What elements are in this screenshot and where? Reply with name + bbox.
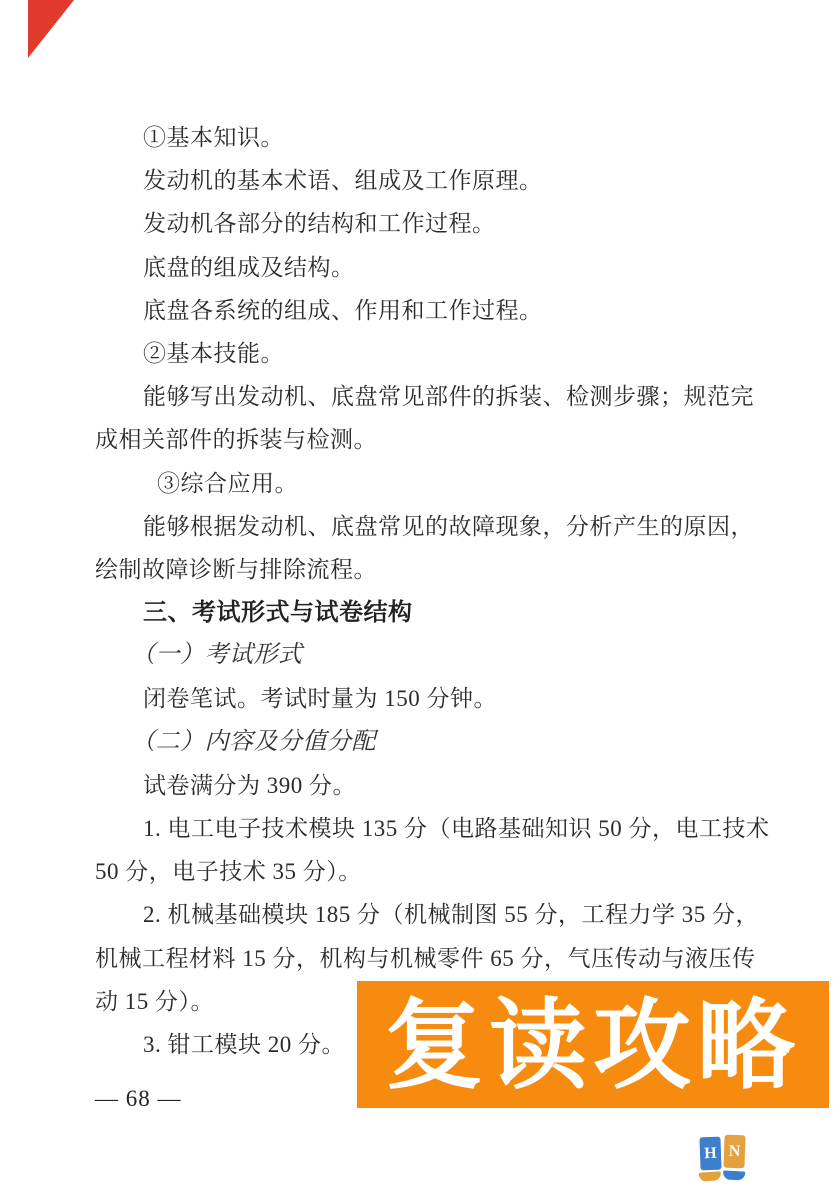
text-line: ②基本技能。 [95,332,745,375]
text-line: ③综合应用。 [95,462,745,505]
text-line: 发动机的基本术语、组成及工作原理。 [95,159,745,202]
text-line: 2. 机械基础模块 185 分（机械制图 55 分，工程力学 35 分， [95,893,745,936]
logo-swoosh-right [723,1170,745,1180]
sub-heading: （二）内容及分值分配 [95,721,745,764]
text-line: ①基本知识。 [95,116,745,159]
sub-heading: （一）考试形式 [95,634,745,677]
text-line: 底盘的组成及结构。 [95,246,745,289]
text-line: 50 分，电子技术 35 分）。 [95,850,745,893]
text-line: 机械工程材料 15 分，机构与机械零件 65 分，气压传动与液压传 [95,937,745,980]
text-line: 试卷满分为 390 分。 [95,764,745,807]
logo-letter-h: H [699,1137,721,1171]
page-number: — 68 — [95,1086,182,1112]
text-line: 1. 电工电子技术模块 135 分（电路基础知识 50 分，电工技术 [95,807,745,850]
text-line: 发动机各部分的结构和工作过程。 [95,202,745,245]
text-line: 绘制故障诊断与排除流程。 [95,548,745,591]
document-text-block: ①基本知识。 发动机的基本术语、组成及工作原理。 发动机各部分的结构和工作过程。… [95,116,745,1066]
text-line: 成相关部件的拆装与检测。 [95,418,745,461]
section-heading: 三、考试形式与试卷结构 [95,591,745,634]
logo-swoosh-left [699,1171,722,1182]
text-line: 底盘各系统的组成、作用和工作过程。 [95,289,745,332]
hn-logo-icon: H N [699,1134,749,1184]
document-page: ①基本知识。 发动机的基本术语、组成及工作原理。 发动机各部分的结构和工作过程。… [0,0,840,1187]
text-line: 闭卷笔试。考试时量为 150 分钟。 [95,677,745,720]
promo-banner: 复读攻略 [357,981,829,1108]
text-line: 能够写出发动机、底盘常见部件的拆装、检测步骤；规范完 [95,375,745,418]
red-corner-mark [28,0,74,58]
text-line: 能够根据发动机、底盘常见的故障现象，分析产生的原因， [95,505,745,548]
logo-letter-n: N [723,1135,745,1169]
